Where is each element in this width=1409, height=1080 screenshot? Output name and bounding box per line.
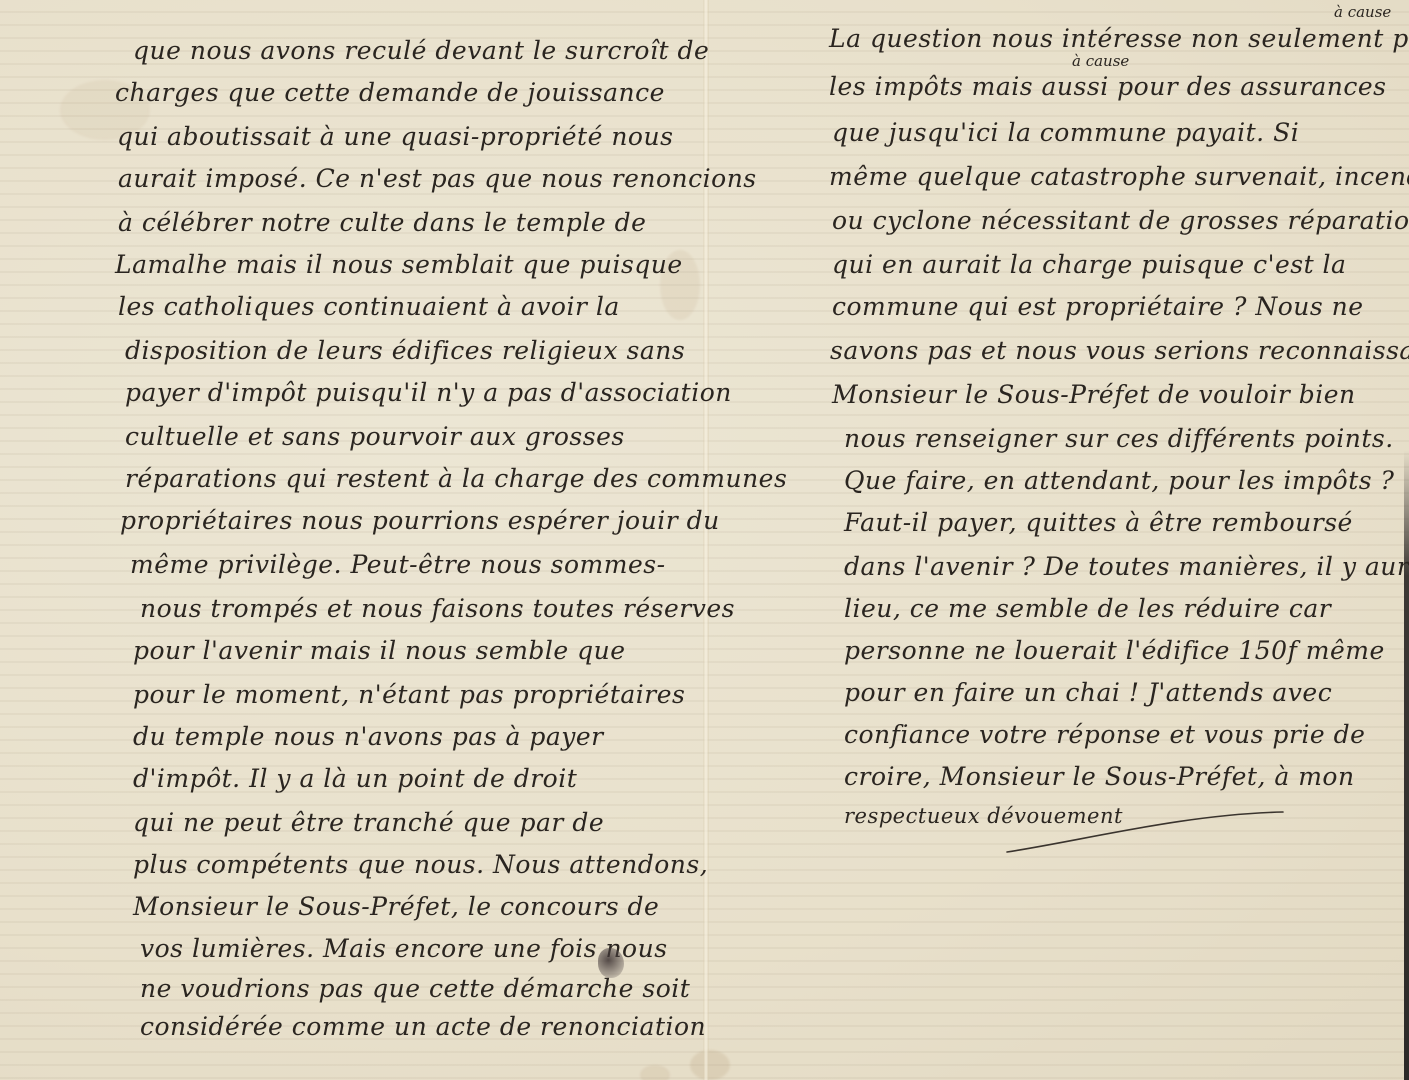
- text-line: cultuelle et sans pourvoir aux grosses: [125, 422, 625, 451]
- text-line: Monsieur le Sous-Préfet, le concours de: [133, 892, 659, 921]
- right-page: à cause La question nous intéresse non s…: [709, 0, 1409, 1080]
- text-line: d'impôt. Il y a là un point de droit: [133, 764, 577, 793]
- text-line: confiance votre réponse et vous prie de: [844, 720, 1365, 749]
- text-line: disposition de leurs édifices religieux …: [125, 336, 685, 365]
- text-line: dans l'avenir ? De toutes manières, il y…: [844, 552, 1409, 581]
- text-line: les impôts mais aussi pour des assurance…: [829, 72, 1387, 101]
- text-line: vos lumières. Mais encore une fois nous: [140, 934, 668, 963]
- text-line: pour en faire un chai ! J'attends avec: [844, 678, 1332, 707]
- text-line: que nous avons reculé devant le surcroît…: [133, 36, 709, 65]
- text-line: La question nous intéresse non seulement…: [829, 24, 1409, 53]
- text-line: même privilège. Peut-être nous sommes-: [130, 550, 666, 579]
- text-line: pour l'avenir mais il nous semble que: [133, 636, 626, 665]
- text-line: personne ne louerait l'édifice 150f même: [844, 636, 1385, 665]
- text-line: Faut-il payer, quittes à être remboursé: [844, 508, 1353, 537]
- text-line: lieu, ce me semble de les réduire car: [844, 594, 1331, 623]
- text-line: pour le moment, n'étant pas propriétaire…: [133, 680, 685, 709]
- text-line: du temple nous n'avons pas à payer: [133, 722, 604, 751]
- text-line: commune qui est propriétaire ? Nous ne: [832, 292, 1364, 321]
- text-line: croire, Monsieur le Sous-Préfet, à mon: [844, 762, 1355, 791]
- interlinear-insertion: à cause: [1072, 52, 1129, 70]
- ink-blot: [598, 948, 624, 978]
- text-line: charges que cette demande de jouissance: [115, 78, 665, 107]
- text-line: les catholiques continuaient à avoir la: [118, 292, 620, 321]
- text-line: que jusqu'ici la commune payait. Si: [832, 118, 1299, 147]
- text-line: plus compétents que nous. Nous attendons…: [133, 850, 708, 879]
- text-line: qui aboutissait à une quasi-propriété no…: [117, 122, 673, 151]
- text-line: réparations qui restent à la charge des …: [125, 464, 787, 493]
- text-line: Monsieur le Sous-Préfet de vouloir bien: [832, 380, 1356, 409]
- text-line: Que faire, en attendant, pour les impôts…: [844, 466, 1394, 495]
- text-line: qui en aurait la charge puisque c'est la: [832, 250, 1346, 279]
- text-line: propriétaires nous pourrions espérer jou…: [120, 506, 720, 535]
- text-line: Lamalhe mais il nous semblait que puisqu…: [115, 250, 683, 279]
- text-line: considérée comme un acte de renonciation: [140, 1012, 706, 1041]
- interlinear-insertion: à cause: [1334, 3, 1391, 21]
- text-line: ou cyclone nécessitant de grosses répara…: [832, 206, 1409, 235]
- left-page: que nous avons reculé devant le surcroît…: [0, 0, 703, 1080]
- text-line: nous trompés et nous faisons toutes rése…: [140, 594, 735, 623]
- text-line: savons pas et nous vous serions reconnai…: [830, 336, 1409, 365]
- text-line: à célébrer notre culte dans le temple de: [118, 208, 646, 237]
- text-line: nous renseigner sur ces différents point…: [844, 424, 1394, 453]
- text-line: même quelque catastrophe survenait, ince…: [829, 162, 1409, 191]
- text-line: qui ne peut être tranché que par de: [133, 808, 604, 837]
- text-line: payer d'impôt puisqu'il n'y a pas d'asso…: [125, 378, 732, 407]
- text-line: ne voudrions pas que cette démarche soit: [140, 974, 690, 1003]
- signature-flourish: [1005, 800, 1285, 860]
- letter-scan: que nous avons reculé devant le surcroît…: [0, 0, 1409, 1080]
- text-line: aurait imposé. Ce n'est pas que nous ren…: [118, 164, 757, 193]
